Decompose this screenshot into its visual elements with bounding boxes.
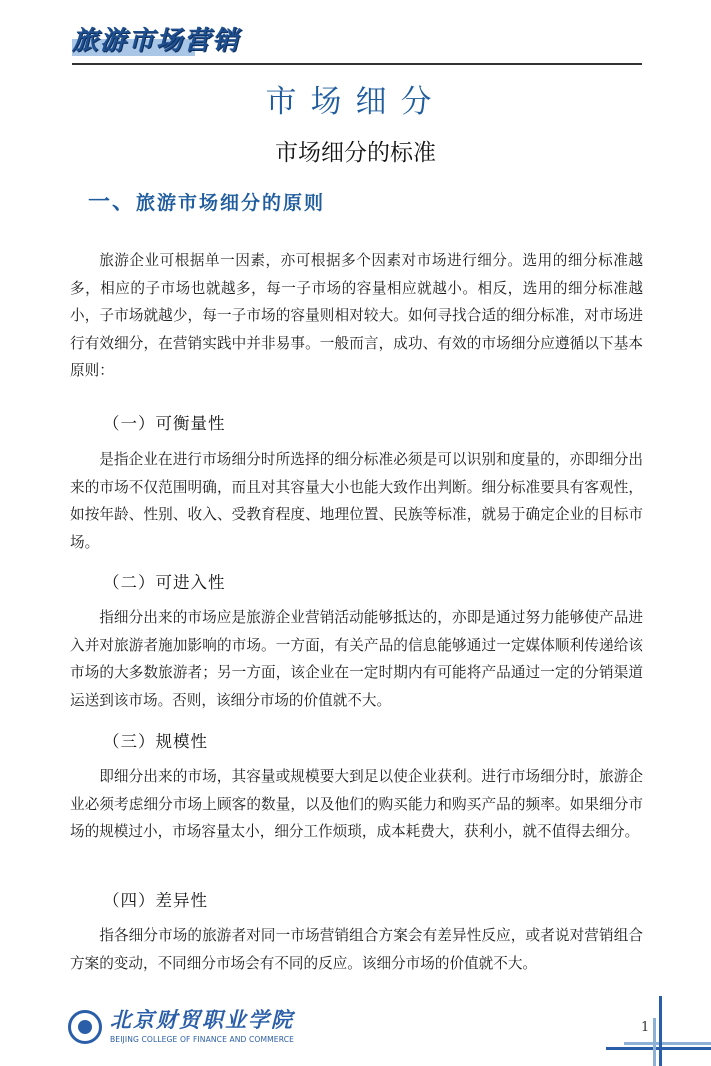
principle-text-substantiality: 即细分出来的市场，其容量或规模要大到足以使企业获利。进行市场细分时，旅游企业必须… — [70, 763, 643, 846]
principle-text-differentiability: 指各细分市场的旅游者对同一市场营销组合方案会有差异性反应，或者说对营销组合方案的… — [70, 922, 643, 977]
intro-paragraph: 旅游企业可根据单一因素，亦可根据多个因素对市场进行细分。选用的细分标准越多，相应… — [70, 247, 643, 385]
page-title: 市场细分 — [0, 82, 711, 122]
principle-heading-differentiability: （四）差异性 — [103, 888, 208, 914]
section-heading-text: 旅游市场细分的原则 — [136, 192, 325, 214]
principle-heading-measurability: （一）可衡量性 — [103, 411, 226, 437]
principle-heading-substantiality: （三）规模性 — [103, 729, 208, 755]
section-number: 一、 — [88, 190, 136, 215]
college-seal-icon — [68, 1010, 102, 1044]
college-name-cn: 北京财贸职业学院 — [110, 1008, 294, 1032]
course-title: 旅游市场营销 — [72, 26, 240, 56]
page-subtitle: 市场细分的标准 — [0, 137, 711, 169]
college-logo: 北京财贸职业学院 BEIJING COLLEGE OF FINANCE AND … — [68, 1008, 308, 1048]
principle-text-accessibility: 指细分出来的市场应是旅游企业营销活动能够抵达的，亦即是通过努力能够使产品进入并对… — [70, 604, 643, 714]
principle-heading-accessibility: （二）可进入性 — [103, 570, 226, 596]
crop-mark-vertical-dark — [659, 996, 662, 1066]
crop-mark-horizontal-light — [624, 1042, 711, 1045]
principle-text-measurability: 是指企业在进行市场细分时所选择的细分标准必须是可以识别和度量的，亦即细分出来的市… — [70, 446, 643, 556]
header-divider — [72, 63, 642, 65]
section-heading: 一、旅游市场细分的原则 — [88, 188, 325, 218]
college-name-en: BEIJING COLLEGE OF FINANCE AND COMMERCE — [110, 1035, 294, 1044]
crop-mark-vertical-light — [653, 1018, 656, 1066]
page-number: 1 — [641, 1020, 649, 1035]
